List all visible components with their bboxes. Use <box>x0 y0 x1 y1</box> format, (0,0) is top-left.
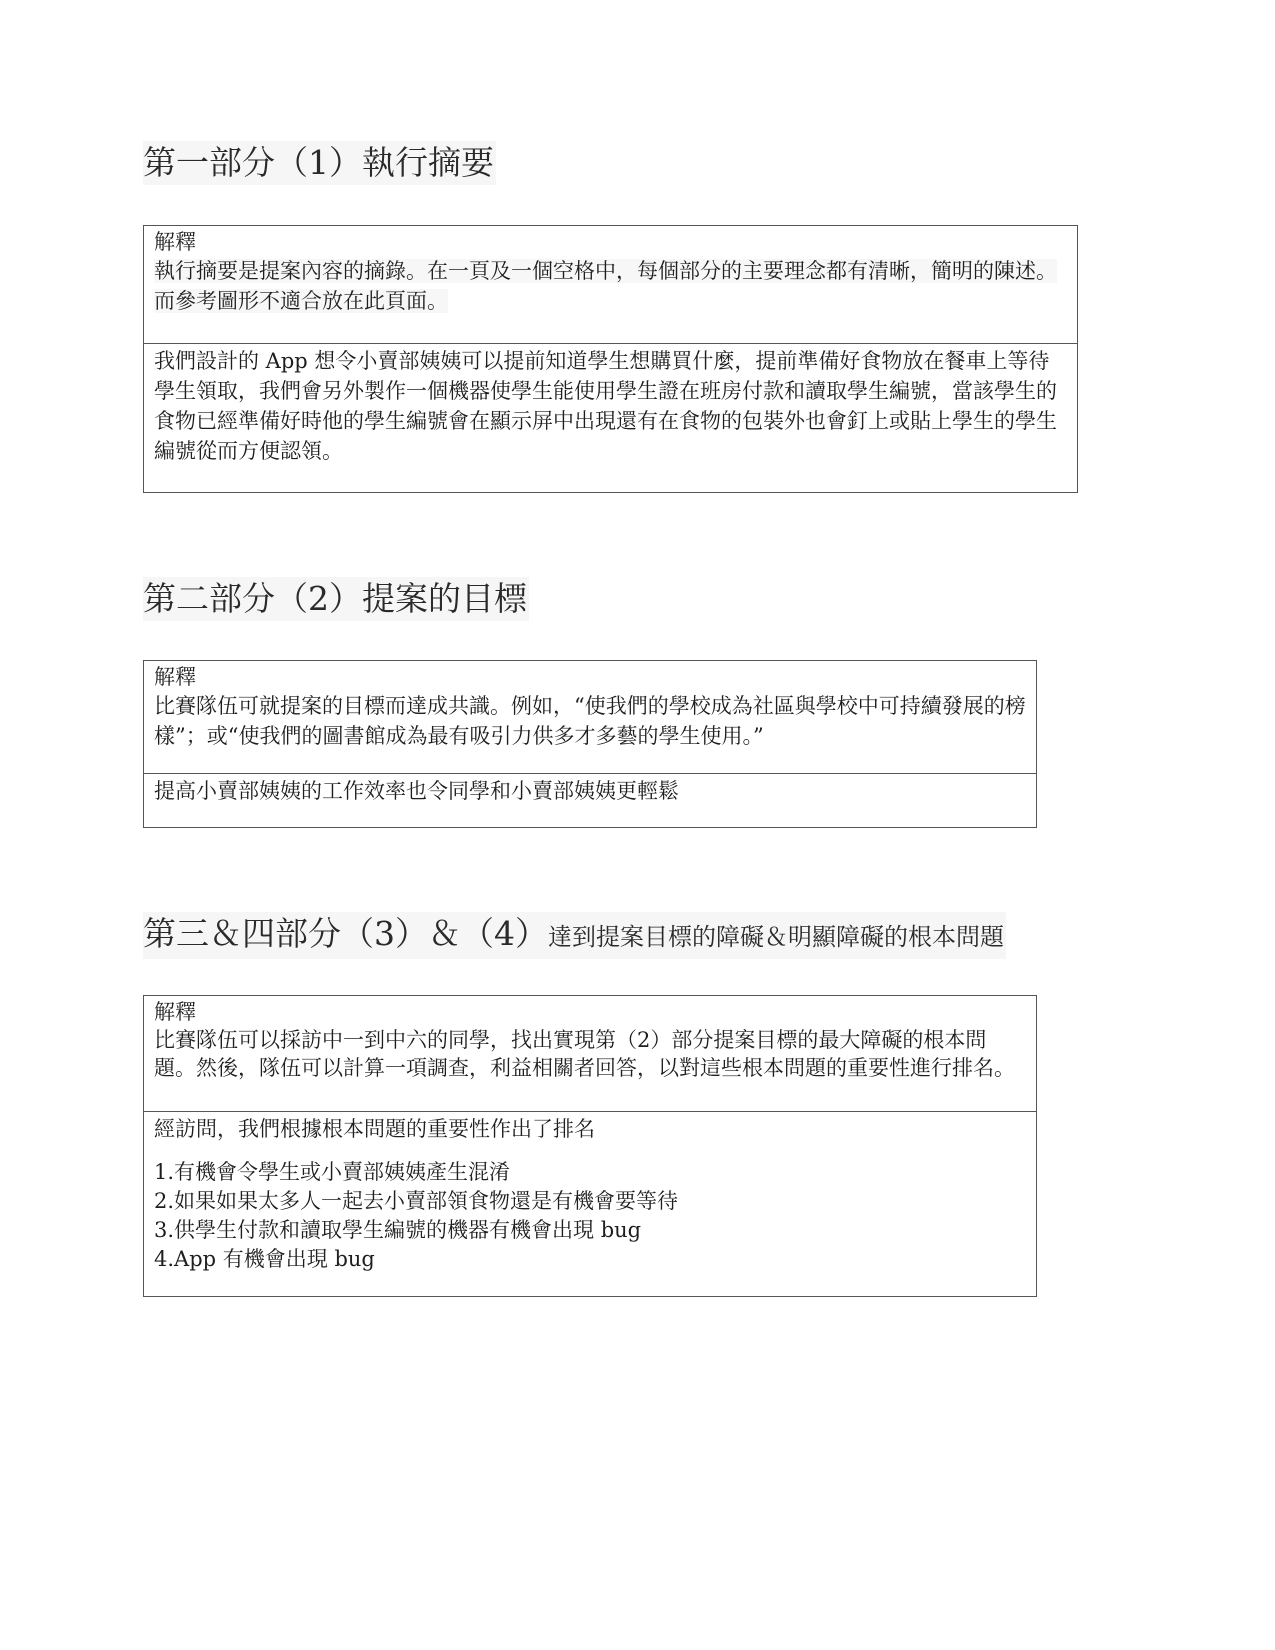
list-item: 4.App 有機會出現 bug <box>154 1245 1026 1274</box>
list-item: 3.供學生付款和讀取學生編號的機器有機會出現 bug <box>154 1216 1026 1245</box>
section-3-4-heading-main: 第三＆四部分（3）＆（4） <box>143 914 548 953</box>
section-1-explanation-cell: 解釋 執行摘要是提案內容的摘錄。在一頁及一個空格中，每個部分的主要理念都有清晰，… <box>144 226 1077 343</box>
section-2-table: 解釋 比賽隊伍可就提案的目標而達成共識。例如，“使我們的學校成為社區與學校中可持… <box>143 660 1037 828</box>
root-problem-ranking-list: 1.有機會令學生或小賣部姨姨產生混淆 2.如果如果太多人一起去小賣部領食物還是有… <box>154 1158 1026 1274</box>
answer-intro: 經訪問，我們根據根本問題的重要性作出了排名 <box>154 1114 1026 1144</box>
explanation-text: 比賽隊伍可以採訪中一到中六的同學，找出實現第（2）部分提案目標的最大障礙的根本問… <box>154 1026 1026 1082</box>
section-3-4-explanation-cell: 解釋 比賽隊伍可以採訪中一到中六的同學，找出實現第（2）部分提案目標的最大障礙的… <box>144 996 1036 1111</box>
section-3-4-heading-sub: 達到提案目標的障礙＆明顯障礙的根本問題 <box>548 923 1004 951</box>
explanation-label: 解釋 <box>154 663 1026 691</box>
explanation-label: 解釋 <box>154 998 1026 1026</box>
section-2-answer-cell: 提高小賣部姨姨的工作效率也令同學和小賣部姨姨更輕鬆 <box>144 773 1036 826</box>
list-item: 1.有機會令學生或小賣部姨姨產生混淆 <box>154 1158 1026 1187</box>
section-2-explanation-cell: 解釋 比賽隊伍可就提案的目標而達成共識。例如，“使我們的學校成為社區與學校中可持… <box>144 661 1036 773</box>
section-1-answer-cell: 我們設計的 App 想令小賣部姨姨可以提前知道學生想購買什麼，提前準備好食物放在… <box>144 343 1077 491</box>
section-3-4-heading: 第三＆四部分（3）＆（4）達到提案目標的障礙＆明顯障礙的根本問題 <box>143 912 1006 959</box>
explanation-text: 比賽隊伍可就提案的目標而達成共識。例如，“使我們的學校成為社區與學校中可持續發展… <box>154 691 1026 751</box>
section-1-heading: 第一部分（1）執行摘要 <box>143 141 496 185</box>
answer-text: 我們設計的 App 想令小賣部姨姨可以提前知道學生想購買什麼，提前準備好食物放在… <box>154 346 1067 466</box>
section-3-4-table: 解釋 比賽隊伍可以採訪中一到中六的同學，找出實現第（2）部分提案目標的最大障礙的… <box>143 995 1037 1297</box>
explanation-label: 解釋 <box>154 228 1067 256</box>
explanation-text: 執行摘要是提案內容的摘錄。在一頁及一個空格中，每個部分的主要理念都有清晰，簡明的… <box>154 259 1057 313</box>
answer-text: 提高小賣部姨姨的工作效率也令同學和小賣部姨姨更輕鬆 <box>154 776 1026 806</box>
section-1-table: 解釋 執行摘要是提案內容的摘錄。在一頁及一個空格中，每個部分的主要理念都有清晰，… <box>143 225 1078 493</box>
section-2-heading: 第二部分（2）提案的目標 <box>143 577 529 621</box>
list-item: 2.如果如果太多人一起去小賣部領食物還是有機會要等待 <box>154 1187 1026 1216</box>
section-3-4-answer-cell: 經訪問，我們根據根本問題的重要性作出了排名 1.有機會令學生或小賣部姨姨產生混淆… <box>144 1111 1036 1295</box>
